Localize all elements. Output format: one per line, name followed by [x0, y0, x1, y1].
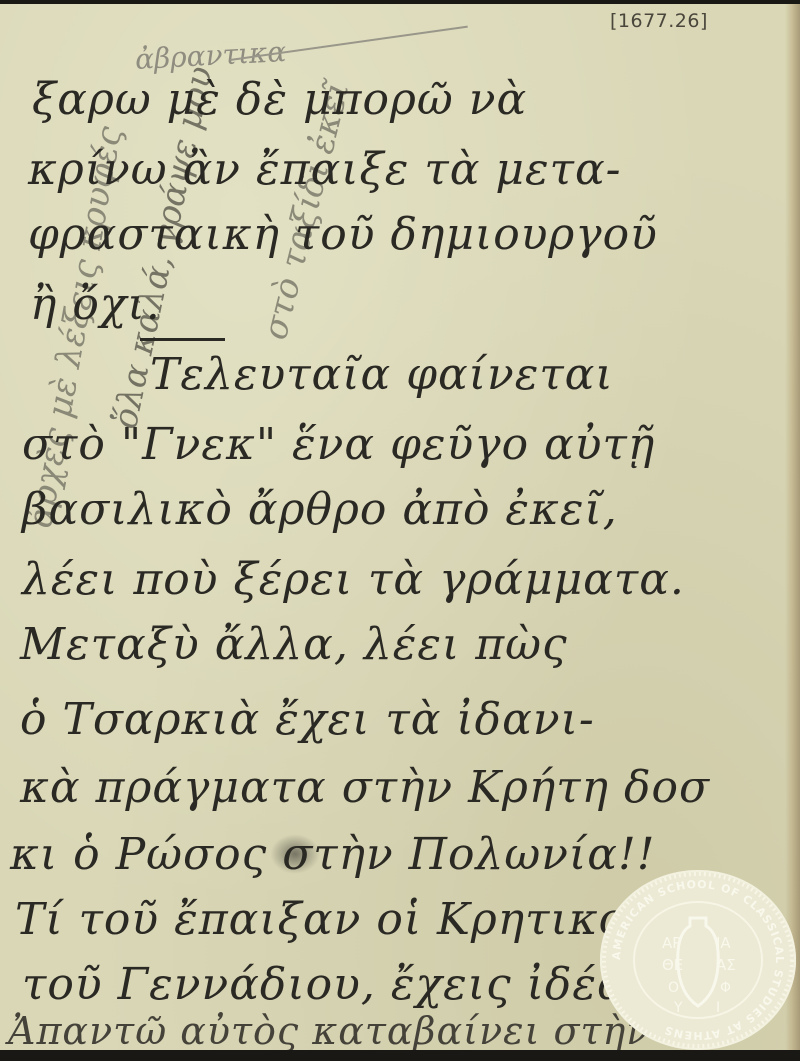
svg-text:ΙΑ: ΙΑ [716, 934, 731, 952]
letter-line: κὰ πράγματα στὴν Κρήτη δοσ [20, 762, 710, 813]
letter-line: φρασταικὴ τοῦ δημιουργοῦ [28, 209, 658, 260]
letter-line: λέει ποὺ ξέρει τὰ γράμματα. [22, 554, 685, 605]
svg-text:Ο: Ο [668, 980, 679, 996]
svg-text:ΘΕ: ΘΕ [662, 956, 683, 974]
letter-line: στὸ "Γνεκ" ἕνα φεῦγο αὐτῇ [22, 419, 655, 470]
svg-text:Φ: Φ [720, 980, 731, 996]
letter-line: ἢ ὄχι. [30, 279, 161, 330]
svg-text:ΑΡ: ΑΡ [662, 934, 681, 952]
svg-text:Υ: Υ [673, 1000, 683, 1016]
letter-page: [1677.26] ἀβραντικα ἀρχὲς μὲ λέξεις κρυφ… [0, 4, 800, 1050]
letter-line: βασιλικὸ ἄρθρο ἀπὸ ἐκεῖ, [22, 484, 618, 535]
scan-bottom-border [0, 1050, 800, 1061]
letter-line: κρίνω ἂν ἔπαιξε τὰ μετα- [28, 144, 622, 195]
paragraph-mark [140, 338, 225, 341]
seal-emblem-icon: AMERICAN SCHOOL OF CLASSICAL STUDIES AT … [600, 870, 796, 1050]
letter-line: Τί τοῦ ἔπαιξαν οἱ Κρητικοὶ [15, 894, 644, 945]
svg-text:Ι: Ι [716, 1000, 720, 1016]
archive-reference: [1677.26] [610, 10, 708, 32]
letter-line: Τελευταῖα φαίνεται [150, 349, 614, 400]
letter-line: Μεταξὺ ἄλλα, λέει πὼς [20, 619, 568, 670]
institution-seal: AMERICAN SCHOOL OF CLASSICAL STUDIES AT … [600, 870, 796, 1050]
letter-line: Ἀπαντῶ αὐτὸς καταβαίνει στὴν [8, 1009, 650, 1050]
letter-line: ὁ Τσαρκιὰ ἔχει τὰ ἰδανι- [20, 694, 595, 745]
letter-line: τοῦ Γεννάδιου, ἔχεις ἰδέα; [22, 959, 644, 1010]
svg-text:ΑΣ: ΑΣ [716, 956, 736, 974]
letter-line: ξαρω μὲ δὲ μπορῶ νὰ [32, 74, 527, 125]
letter-line: κι ὁ Ρώσος στὴν Πολωνία!! [10, 829, 655, 880]
